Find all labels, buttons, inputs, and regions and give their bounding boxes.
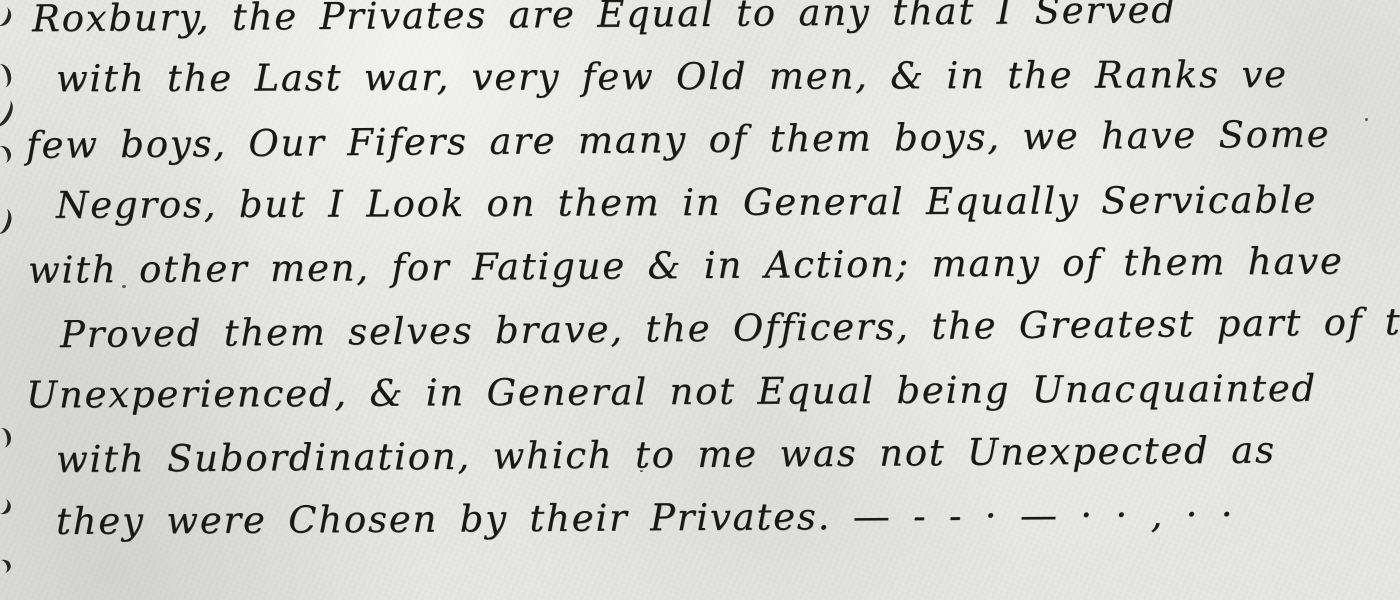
manuscript-line-2: with the Last war, very few Old men, & i…: [0, 43, 1400, 111]
manuscript-line-8: with Subordination, which to me was not …: [0, 418, 1400, 492]
ink-speck: [1365, 118, 1368, 121]
manuscript-text-block: Roxbury, the Privates are Equal to any t…: [0, 0, 1400, 549]
manuscript-line-6: Proved them selves brave, the Officers, …: [0, 290, 1400, 366]
edge-ink-fragment: [0, 558, 13, 577]
ink-speck: [640, 470, 643, 472]
manuscript-page: Roxbury, the Privates are Equal to any t…: [0, 0, 1400, 600]
manuscript-line-5: with other men, for Fatigue & in Action;…: [0, 229, 1400, 302]
manuscript-line-7: Unexperienced, & in General not Equal be…: [0, 356, 1400, 426]
manuscript-line-3: few boys, Our Fifers are many of them bo…: [0, 102, 1400, 177]
manuscript-line-4: Negros, but I Look on them in General Eq…: [0, 168, 1400, 237]
ink-speck: [122, 285, 126, 288]
manuscript-line-9: they were Chosen by their Privates. — - …: [0, 482, 1400, 554]
